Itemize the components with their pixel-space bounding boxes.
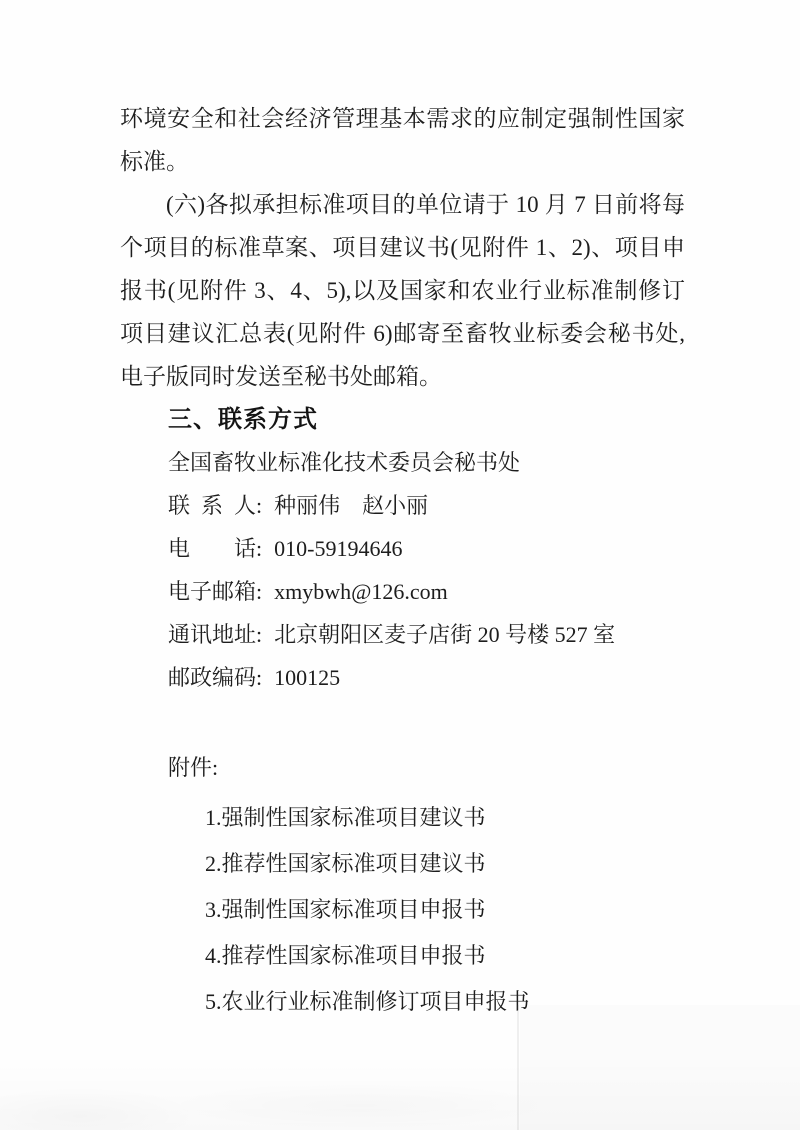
contact-value: 010-59194646 <box>274 527 402 570</box>
scan-artifact-bottom-shade <box>0 1060 800 1130</box>
contact-label: 通讯地址 <box>168 613 256 656</box>
scanned-document-page: 环境安全和社会经济管理基本需求的应制定强制性国家标准。 (六)各拟承担标准项目的… <box>0 0 800 1130</box>
attachment-item-2: 2.推荐性国家标准项目建议书 <box>205 841 685 887</box>
contact-colon: : <box>256 570 262 613</box>
contact-row-phone: 电话:010-59194646 <box>120 527 685 570</box>
contact-section-heading: 三、联系方式 <box>120 398 685 441</box>
attachments-heading: 附件: <box>120 746 685 789</box>
contact-row-person: 联系人:种丽伟 赵小丽 <box>120 484 685 527</box>
attachment-item-3: 3.强制性国家标准项目申报书 <box>205 887 685 933</box>
document-content: 环境安全和社会经济管理基本需求的应制定强制性国家标准。 (六)各拟承担标准项目的… <box>0 0 800 1025</box>
contact-value: 种丽伟 赵小丽 <box>274 484 428 527</box>
contact-label: 联系人 <box>168 484 256 527</box>
contact-value: 北京朝阳区麦子店街 20 号楼 527 室 <box>274 613 615 656</box>
contact-row-address: 通讯地址:北京朝阳区麦子店街 20 号楼 527 室 <box>120 613 685 656</box>
attachments-list: 1.强制性国家标准项目建议书 2.推荐性国家标准项目建议书 3.强制性国家标准项… <box>120 795 685 1025</box>
contact-label: 电话 <box>168 527 256 570</box>
contact-value: 100125 <box>274 656 340 699</box>
contact-colon: : <box>256 527 262 570</box>
contact-value: xmybwh@126.com <box>274 570 448 613</box>
contact-colon: : <box>256 613 262 656</box>
attachment-item-4: 4.推荐性国家标准项目申报书 <box>205 933 685 979</box>
contact-row-postcode: 邮政编码:100125 <box>120 656 685 699</box>
contact-colon: : <box>256 484 262 527</box>
contact-label: 邮政编码 <box>168 656 256 699</box>
paragraph-continuation: 环境安全和社会经济管理基本需求的应制定强制性国家标准。 <box>120 97 685 183</box>
contact-label: 电子邮箱 <box>168 570 256 613</box>
paragraph-item-six: (六)各拟承担标准项目的单位请于 10 月 7 日前将每个项目的标准草案、项目建… <box>120 183 685 398</box>
org-name: 全国畜牧业标准化技术委员会秘书处 <box>120 441 685 484</box>
attachment-item-1: 1.强制性国家标准项目建议书 <box>205 795 685 841</box>
contact-row-email: 电子邮箱:xmybwh@126.com <box>120 570 685 613</box>
contact-colon: : <box>256 656 262 699</box>
